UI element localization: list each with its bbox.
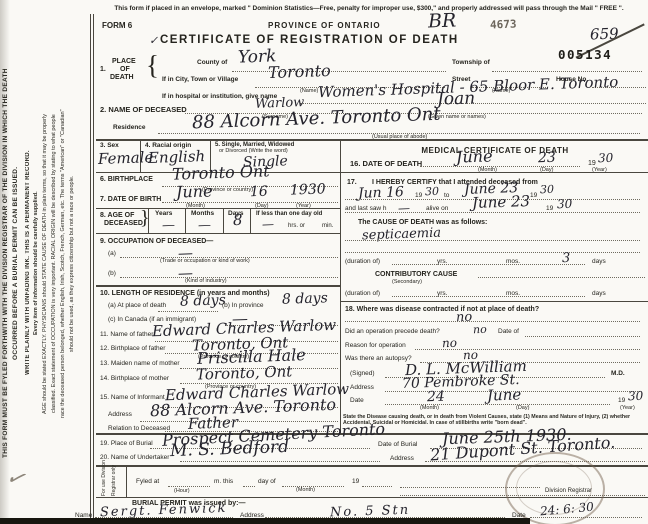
- place-of-burial-label: 19. Place of Burial: [100, 441, 153, 448]
- place-label-1: PLACE: [112, 58, 136, 65]
- registrar-use-label-2: Registrar only: [112, 466, 117, 496]
- registration-number-stamp: 4673: [490, 19, 517, 31]
- days-label: days: [592, 291, 606, 298]
- place-label-2: OF: [120, 66, 130, 73]
- margin-instruction-line8: should not be used, as they express citi…: [70, 10, 76, 518]
- reason-answer: no: [442, 337, 457, 350]
- certify-number: 17.: [347, 179, 357, 186]
- res-a-label: (a) At place of death: [108, 303, 166, 310]
- day-hint: (Day): [516, 406, 529, 412]
- mos-label: mos.: [506, 291, 520, 298]
- res-a-value: 8 days: [180, 293, 226, 309]
- dotted-line: [385, 404, 610, 405]
- mailing-notice: This form if placed in an envelope, mark…: [95, 6, 643, 13]
- month-hint: (Month): [186, 204, 205, 210]
- less-than-value: —: [262, 218, 274, 230]
- margin-instruction-line7: race the deceased person belonged, wheth…: [61, 10, 67, 518]
- residence-value: 88 Alcorn Ave. Toronto Ont: [192, 106, 441, 133]
- death-certificate-scan: THIS FORM MUST BE FYLED FORTHWITH WITH T…: [0, 0, 648, 524]
- date-of-burial-label: Date of Burial: [378, 442, 417, 449]
- dotted-line: [168, 486, 210, 487]
- yrs-label: yrs.: [437, 291, 447, 298]
- county-label: County of: [197, 60, 227, 67]
- month-hint: (Month): [420, 406, 439, 412]
- mother-birthplace-label: 14. Birthplace of mother: [100, 376, 169, 383]
- autopsy-question: Was there an autopsy?: [345, 356, 412, 363]
- serial-number-stamp: 005134: [558, 49, 612, 62]
- attended-to-year: 30: [540, 184, 554, 195]
- date-of-death-label: 16. DATE OF DEATH: [350, 160, 422, 168]
- month-hint: (Month): [296, 488, 315, 494]
- margin-instruction-line6: classified. Exact statement of OCCUPATIO…: [52, 10, 58, 518]
- dotted-line: [345, 212, 640, 213]
- certificate-date-month: June: [487, 387, 522, 403]
- undertaker-address-label: Address: [390, 456, 414, 463]
- year-hint: (Year): [592, 168, 607, 174]
- physician-address-label: Address: [350, 385, 374, 392]
- year-hint: (Year): [620, 406, 635, 412]
- informant-address-label: Address: [108, 412, 132, 419]
- certificate-title: CERTIFICATE OF REGISTRATION OF DEATH: [160, 35, 459, 47]
- res-b-value: 8 days: [282, 291, 328, 307]
- dotted-line: [345, 321, 640, 322]
- mother-label: 13. Maiden name of mother: [100, 361, 180, 368]
- place-brace: {: [146, 52, 159, 79]
- occ-a-label: (a): [108, 251, 116, 258]
- date-of-birth-label: 7. DATE OF BIRTH: [100, 196, 161, 203]
- dotted-line: [415, 349, 640, 350]
- day-hint: (Day): [540, 168, 553, 174]
- margin-instruction-line5: AGE should be stated EXACTLY. PHYSICIANS…: [43, 10, 49, 518]
- name-of-deceased-label: 2. NAME OF DECEASED: [100, 106, 187, 114]
- yrs-label: yrs.: [437, 259, 447, 266]
- cell-rule: [185, 208, 186, 233]
- dotted-line: [362, 486, 392, 487]
- dotted-line: [158, 311, 218, 312]
- city-name-hint: (Name): [300, 89, 318, 95]
- certificate-date-label: Date: [350, 398, 364, 405]
- dotted-line: [525, 336, 640, 337]
- handwritten-registration-prefix: BR: [428, 12, 457, 32]
- duration-days-value: 3: [562, 252, 571, 265]
- dotted-line: [345, 240, 640, 241]
- dotted-line: [120, 277, 338, 278]
- registrar-use-label-1: For use Division: [102, 466, 107, 496]
- age-brace: }: [140, 208, 150, 228]
- signed-label: (Signed): [350, 371, 375, 378]
- dotted-line: [232, 71, 446, 72]
- margin-rule-outer: [90, 14, 91, 519]
- dotted-line: [420, 166, 580, 167]
- md-label: M.D.: [611, 371, 625, 378]
- hour-hint: (Hour): [174, 489, 190, 495]
- form-number: FORM 6: [102, 22, 132, 30]
- date-of-death-year: 30: [598, 152, 614, 165]
- undertaker-label: 20. Name of Undertaker: [100, 455, 169, 462]
- duration-label: (duration of): [345, 291, 380, 298]
- years-label: Years: [155, 211, 172, 218]
- year-printed: 19: [618, 398, 625, 405]
- contributory-cause-label: CONTRIBUTORY CAUSE: [375, 271, 457, 278]
- occ-b-label: (b): [108, 271, 116, 278]
- last-seen-year: 30: [557, 198, 573, 211]
- certificate-date-day: 24: [427, 390, 445, 405]
- birthplace-value: Toronto Ont: [172, 163, 270, 182]
- date-of-death-month: June: [456, 148, 493, 165]
- dotted-line: [140, 421, 338, 422]
- province-heading: PROVINCE OF ONTARIO: [268, 22, 381, 30]
- dotted-line: [492, 71, 642, 72]
- father-birthplace-label: 12. Birthplace of father: [100, 346, 165, 353]
- cause-of-death-label: The CAUSE OF DEATH was as follows:: [358, 219, 487, 226]
- given-name-value: Joan: [437, 90, 476, 108]
- city-value: Toronto: [268, 63, 331, 81]
- cell-rule: [223, 208, 224, 233]
- min-label: min.: [322, 223, 333, 229]
- year-hint: (Year): [296, 204, 311, 210]
- place-label-3: DEATH: [110, 74, 134, 81]
- margin-instruction-line3: WRITE PLAINLY WITH UNFADING INK. THIS IS…: [25, 12, 31, 514]
- row-rule: [96, 233, 340, 234]
- margin-rule-inner: [93, 14, 94, 519]
- dob-year-value: 1930: [290, 182, 326, 197]
- cell-rule: [126, 465, 127, 497]
- operation-question: Did an operation precede death?: [345, 329, 440, 336]
- residence-label: Residence: [113, 125, 146, 132]
- hrs-or-label: hrs. or: [288, 223, 305, 229]
- day-of-label: day of: [258, 479, 276, 486]
- birthplace-label: 6. BIRTHPLACE: [100, 176, 153, 183]
- attended-from-year: 30: [425, 186, 439, 197]
- row-rule: [96, 285, 340, 287]
- row-rule: [340, 301, 648, 302]
- father-label: 11. Name of father: [100, 332, 153, 339]
- age-label-1: 8. AGE OF: [100, 212, 134, 219]
- dob-month-value: June: [176, 183, 213, 200]
- last-seen-date: June 23: [472, 194, 531, 211]
- month-hint: (Month): [478, 168, 497, 174]
- dotted-line: [392, 264, 585, 265]
- question-18-answer: no: [456, 311, 473, 325]
- sex-value: Female: [98, 150, 154, 167]
- age-months-value: —: [198, 219, 211, 232]
- operation-answer: no: [473, 324, 487, 335]
- age-years-value: —: [162, 219, 175, 232]
- secondary-hint: (Secondary): [392, 280, 422, 286]
- dotted-line: [392, 296, 585, 297]
- dotted-line: [180, 461, 380, 462]
- check-mark: ✓: [149, 35, 159, 46]
- day-hint: (Day): [255, 204, 268, 210]
- margin-instruction-line4: Every item of information should be care…: [34, 12, 40, 514]
- year-printed: 19: [588, 160, 596, 167]
- scan-edge-bar: [0, 518, 530, 524]
- operation-date-label: Date of: [498, 329, 519, 336]
- days-label: days: [592, 259, 606, 266]
- m-this-label: m. this: [214, 479, 233, 486]
- place-of-death-number: 1.: [100, 66, 106, 73]
- violent-causes-note: State the Disease causing death, or in d…: [343, 414, 643, 427]
- section-rule: [96, 139, 648, 141]
- township-label: Township of: [452, 60, 490, 67]
- dotted-line: [478, 277, 645, 278]
- months-label: Months: [191, 211, 214, 218]
- occ-b-hint: (Kind of industry): [185, 279, 227, 285]
- year-printed: 19: [352, 479, 359, 486]
- margin-instruction-line1: THIS FORM MUST BE FYLED FORTHWITH WITH T…: [3, 12, 10, 514]
- crossed-out-number: 659: [590, 27, 619, 43]
- dotted-line: [243, 486, 255, 487]
- reason-question: Reason for operation: [345, 343, 406, 350]
- age-days-value: 8: [233, 213, 243, 228]
- occ-a-hint: (Trade or occupation or kind of work): [160, 259, 250, 265]
- mos-label: mos.: [506, 259, 520, 266]
- undertaker-value: M. S. Bedford: [170, 439, 290, 460]
- dotted-line: [345, 252, 640, 253]
- dotted-line: [530, 517, 642, 518]
- question-18-label: 18. Where was disease contracted if not …: [345, 306, 539, 313]
- mother-birthplace-value: Toronto, Ont: [196, 364, 293, 382]
- cell-rule: [250, 208, 251, 233]
- certificate-date-year: 30: [628, 390, 644, 403]
- margin-instruction-line2: OCCURRED BEFORE A BURIAL PERMIT CAN BE I…: [13, 12, 20, 514]
- fyled-at-label: Fyled at: [136, 479, 159, 486]
- informant-address-value: 88 Alcorn Ave. Toronto: [150, 397, 336, 419]
- duration-label: (duration of): [345, 259, 380, 266]
- date-of-death-day: 23: [538, 151, 556, 166]
- dob-day-value: 16: [250, 185, 268, 200]
- city-label: If in City, Town or Village: [162, 77, 238, 84]
- occupation-label: 9. OCCUPATION OF DECEASED—: [100, 238, 213, 245]
- age-label-2: DECEASED: [104, 220, 143, 227]
